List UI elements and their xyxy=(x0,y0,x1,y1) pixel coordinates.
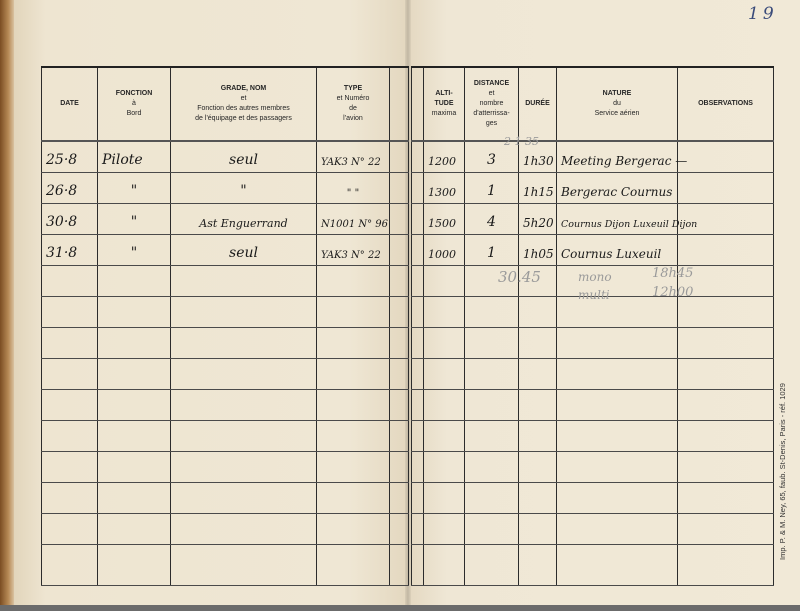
nature-cell: Bergerac Cournus xyxy=(557,173,678,204)
grade-cell: Ast Enguerrand xyxy=(171,204,317,235)
bottom-shadow xyxy=(0,605,800,611)
pencil-total: 30.45 xyxy=(498,268,541,286)
blank-cell xyxy=(412,173,424,204)
left-log-table: DATE FONCTIONàBord GRADE, NOMetFonction … xyxy=(41,66,409,586)
distance-cell: 1 xyxy=(465,235,519,266)
empty-row xyxy=(412,545,774,586)
page-number: 19 xyxy=(748,4,778,24)
table-row: 25·8 Pilote seul YAK3 N° 22 xyxy=(42,141,409,173)
nature-cell: Meeting Bergerac — xyxy=(557,141,678,173)
empty-row xyxy=(42,483,409,514)
col-grade: GRADE, NOMetFonction des autres membresd… xyxy=(171,67,317,141)
table-row: 26·8 " " " " xyxy=(42,173,409,204)
empty-row xyxy=(412,483,774,514)
fonction-cell: " xyxy=(98,204,171,235)
blank-cell xyxy=(390,173,409,204)
blank-cell xyxy=(390,235,409,266)
table-row: 1200 3 1h30 Meeting Bergerac — xyxy=(412,141,774,173)
empty-row xyxy=(42,421,409,452)
observations-cell xyxy=(678,173,774,204)
fonction-cell: " xyxy=(98,173,171,204)
blank-cell xyxy=(412,204,424,235)
altitude-cell: 1500 xyxy=(424,204,465,235)
logbook-spread: 19 DATE FONCTIONàBord GRADE, NOMetFoncti… xyxy=(0,0,800,611)
grade-cell: seul xyxy=(171,235,317,266)
observations-cell xyxy=(678,141,774,173)
pencil-multi-label: multi xyxy=(578,288,610,302)
table-row: 1500 4 5h20 Cournus Dijon Luxeuil Dijon xyxy=(412,204,774,235)
table-row: 31·8 " seul YAK3 N° 22 xyxy=(42,235,409,266)
empty-row xyxy=(42,328,409,359)
empty-row xyxy=(412,452,774,483)
duree-cell: 5h20 xyxy=(519,204,557,235)
observations-cell xyxy=(678,235,774,266)
type-cell: " " xyxy=(317,173,390,204)
empty-row xyxy=(42,545,409,586)
empty-row xyxy=(412,514,774,545)
altitude-cell: 1200 xyxy=(424,141,465,173)
empty-row xyxy=(42,390,409,421)
header-row: DATE FONCTIONàBord GRADE, NOMetFonction … xyxy=(42,67,409,141)
date-cell: 31·8 xyxy=(42,235,98,266)
col-distance: DISTANCEetnombred'atterrissa-ges xyxy=(465,67,519,141)
grade-cell: " xyxy=(171,173,317,204)
pencil-multi-value: 12h00 xyxy=(652,285,693,300)
col-blank xyxy=(390,67,409,141)
nature-cell: Cournus Luxeuil xyxy=(557,235,678,266)
duree-cell: 1h05 xyxy=(519,235,557,266)
col-nature: NATUREduService aérien xyxy=(557,67,678,141)
col-duree: DURÉE xyxy=(519,67,557,141)
empty-row xyxy=(42,452,409,483)
empty-row xyxy=(412,359,774,390)
blank-cell xyxy=(390,204,409,235)
type-cell: N1001 N° 96 xyxy=(317,204,390,235)
empty-row xyxy=(42,359,409,390)
col-blank xyxy=(412,67,424,141)
duree-cell: 1h15 xyxy=(519,173,557,204)
altitude-cell: 1000 xyxy=(424,235,465,266)
right-log-table: ALTI-TUDEmaxima DISTANCEetnombred'atterr… xyxy=(411,66,774,586)
table-row: 30·8 " Ast Enguerrand N1001 N° 96 xyxy=(42,204,409,235)
altitude-cell: 1300 xyxy=(424,173,465,204)
col-altitude: ALTI-TUDEmaxima xyxy=(424,67,465,141)
col-date: DATE xyxy=(42,67,98,141)
pencil-mono-value: 18h45 xyxy=(652,266,693,281)
nature-cell: Cournus Dijon Luxeuil Dijon xyxy=(557,204,678,235)
blank-cell xyxy=(412,141,424,173)
fonction-cell: " xyxy=(98,235,171,266)
printer-imprint: Imp. P. & M. Ney, 65, faub. St-Denis, Pa… xyxy=(778,383,787,560)
blank-cell xyxy=(412,235,424,266)
empty-row xyxy=(42,266,409,297)
type-cell: YAK3 N° 22 xyxy=(317,235,390,266)
table-row: 1000 1 1h05 Cournus Luxeuil xyxy=(412,235,774,266)
grade-cell: seul xyxy=(171,141,317,173)
empty-row xyxy=(412,390,774,421)
header-row: ALTI-TUDEmaxima DISTANCEetnombred'atterr… xyxy=(412,67,774,141)
empty-row xyxy=(42,297,409,328)
empty-row xyxy=(42,514,409,545)
col-type: TYPEet Numérodel'avion xyxy=(317,67,390,141)
pencil-carry-forward: 2 1 35 xyxy=(504,135,539,148)
book-edge xyxy=(0,0,14,611)
fonction-cell: Pilote xyxy=(98,141,171,173)
distance-cell: 4 xyxy=(465,204,519,235)
type-cell: YAK3 N° 22 xyxy=(317,141,390,173)
blank-cell xyxy=(390,141,409,173)
pencil-mono-label: mono xyxy=(578,270,612,284)
date-cell: 26·8 xyxy=(42,173,98,204)
empty-row xyxy=(412,328,774,359)
table-row: 1300 1 1h15 Bergerac Cournus xyxy=(412,173,774,204)
col-observations: OBSERVATIONS xyxy=(678,67,774,141)
date-cell: 25·8 xyxy=(42,141,98,173)
col-fonction: FONCTIONàBord xyxy=(98,67,171,141)
empty-row xyxy=(412,421,774,452)
date-cell: 30·8 xyxy=(42,204,98,235)
distance-cell: 1 xyxy=(465,173,519,204)
